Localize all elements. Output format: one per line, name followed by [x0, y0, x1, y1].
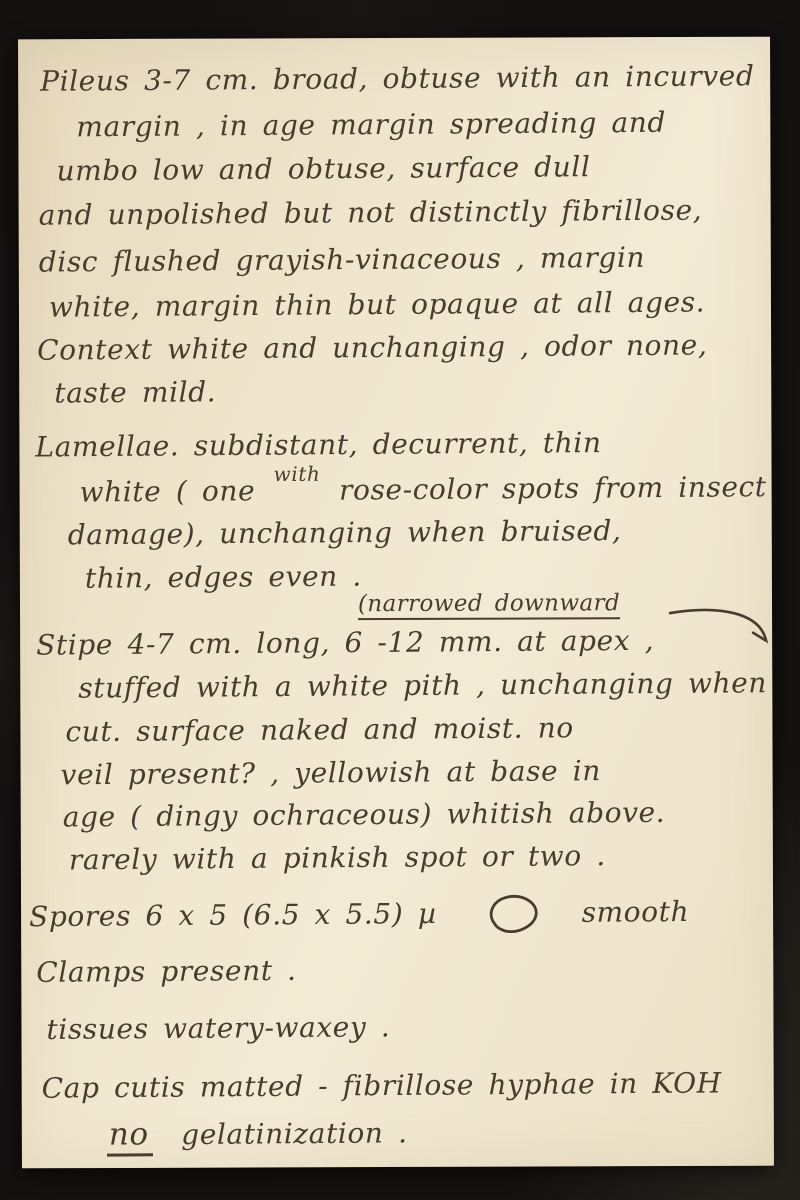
- line-tissues: tissues watery-waxey .: [46, 1010, 390, 1047]
- line-pileus-1: Pileus 3-7 cm. broad, obtuse with an inc…: [40, 59, 755, 99]
- line-clamps: Clamps present .: [36, 954, 297, 990]
- line-pileus-5: disc flushed grayish-vinaceous , margin: [39, 241, 646, 280]
- insertion-narrowed-downward: (narrowed downward: [358, 590, 620, 620]
- line-taste: taste mild.: [54, 375, 216, 410]
- line-lamellae-1: Lamellae. subdistant, decurrent, thin: [35, 426, 601, 464]
- photo-background: Pileus 3-7 cm. broad, obtuse with an inc…: [0, 0, 800, 1200]
- line-context: Context white and unchanging , odor none…: [37, 328, 708, 367]
- spore-measurements: Spores 6 x 5 (6.5 x 5.5) µ: [29, 897, 437, 933]
- line-text: gelatinization .: [181, 1116, 408, 1151]
- spore-sketch: [485, 893, 541, 937]
- line-text: rose-color spots from insect: [339, 470, 767, 506]
- line-gelatinization: no gelatinization .: [107, 1115, 408, 1152]
- line-stipe-2: stuffed with a white pith , unchanging w…: [78, 666, 767, 705]
- line-stipe-1: Stipe 4-7 cm. long, 6 -12 mm. at apex ,: [36, 624, 654, 663]
- inserted-word-with: with: [273, 462, 320, 486]
- line-stipe-6: rarely with a pinkish spot or two .: [69, 839, 606, 877]
- line-pileus-4: and unpolished but not distinctly fibril…: [39, 193, 703, 232]
- line-spores: Spores 6 x 5 (6.5 x 5.5) µ smooth: [29, 892, 689, 941]
- line-lamellae-2: white ( one with rose-color spots from i…: [79, 470, 766, 511]
- insertion-bracket-curve: [668, 589, 778, 655]
- spore-surface: smooth: [581, 895, 689, 929]
- line-cuticle: Cap cutis matted - fibrillose hyphae in …: [42, 1066, 722, 1105]
- note-card: Pileus 3-7 cm. broad, obtuse with an inc…: [18, 37, 774, 1169]
- line-stipe-5: age ( dingy ochraceous) whitish above.: [63, 796, 666, 835]
- line-lamellae-3: damage), unchanging when bruised,: [68, 514, 622, 552]
- line-lamellae-4: thin, edges even .: [85, 560, 362, 596]
- line-pileus-2: margin , in age margin spreading and: [76, 106, 666, 145]
- line-text: white ( one: [79, 474, 255, 508]
- line-pileus-3: umbo low and obtuse, surface dull: [56, 150, 590, 188]
- underlined-no: no: [107, 1116, 153, 1156]
- line-stipe-4: veil present? , yellowish at base in: [60, 754, 601, 792]
- line-pileus-6: white, margin thin but opaque at all age…: [49, 285, 705, 324]
- line-stipe-3: cut. surface naked and moist. no: [65, 711, 574, 749]
